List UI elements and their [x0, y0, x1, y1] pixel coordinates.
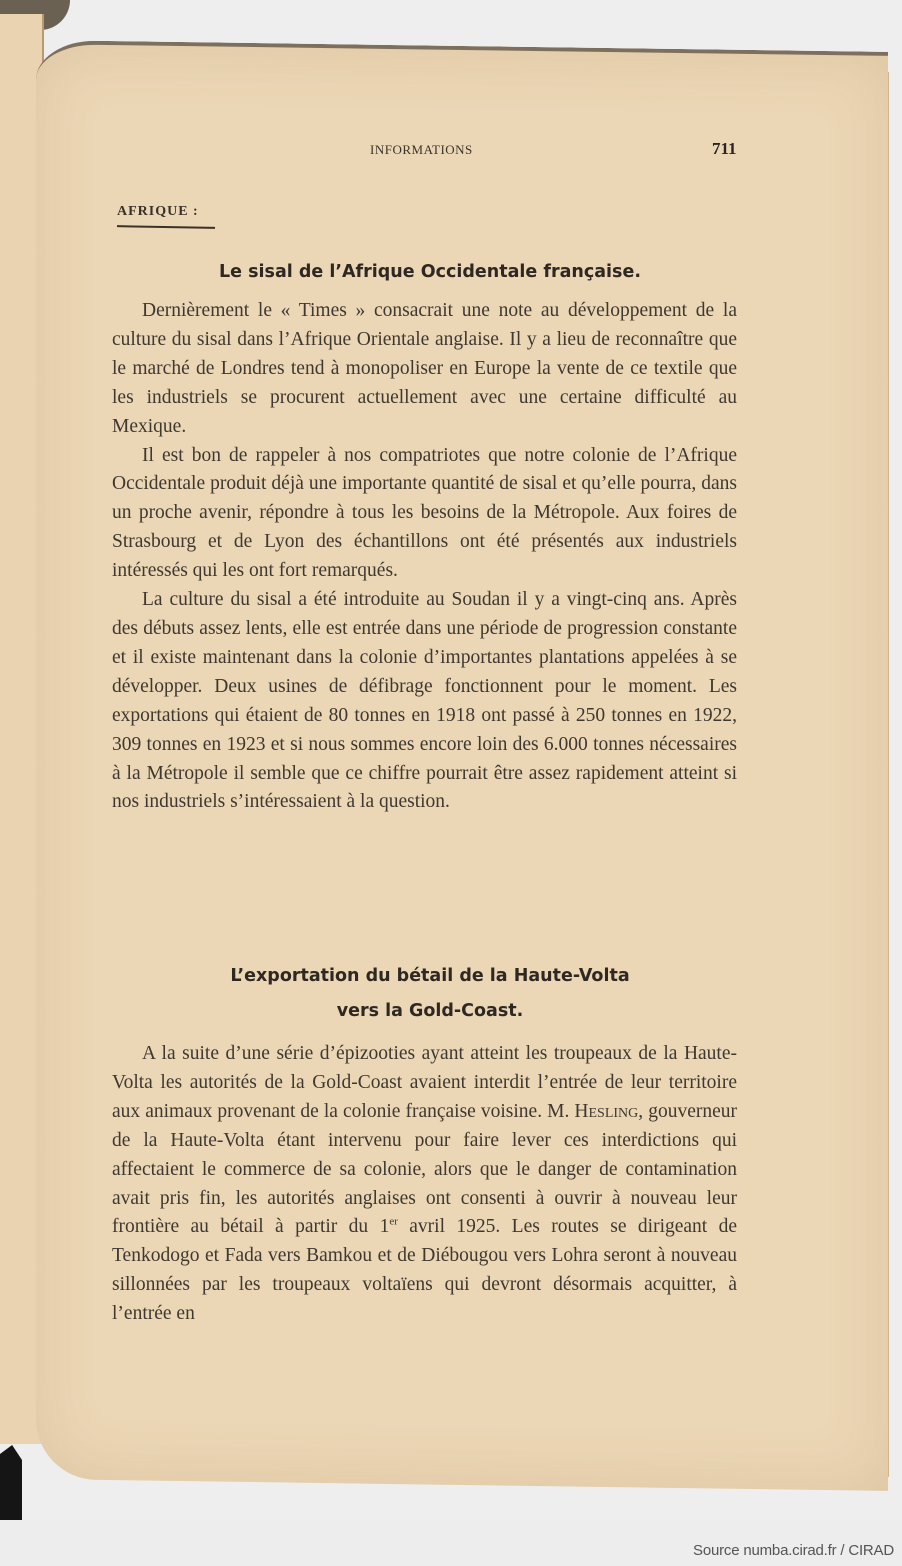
ordinal-superscript: er [389, 1216, 398, 1228]
paragraph: Dernièrement le « Times » consacrait une… [112, 297, 737, 442]
page-number: 711 [712, 139, 737, 159]
book-binding-bottom [0, 1445, 22, 1520]
article-body-betail: A la suite d’une série d’épizooties ayan… [112, 1040, 737, 1329]
paragraph: Il est bon de rappeler à nos compatriote… [112, 442, 737, 587]
person-name: Hesling [574, 1101, 638, 1122]
paragraph: La culture du sisal a été introduite au … [112, 586, 737, 817]
article-title-sisal: Le sisal de l’Afrique Occidentale frança… [120, 262, 740, 282]
article-title-betail-line2: vers la Gold-Coast. [120, 1001, 740, 1021]
article-body-sisal: Dernièrement le « Times » consacrait une… [112, 297, 737, 817]
article-title-betail-line1: L’exportation du bétail de la Haute-Volt… [120, 966, 740, 986]
running-head: INFORMATIONS [370, 142, 473, 158]
paragraph: A la suite d’une série d’épizooties ayan… [112, 1040, 737, 1329]
section-label: AFRIQUE : [117, 204, 199, 220]
source-credit: Source numba.cirad.fr / CIRAD [693, 1542, 894, 1559]
